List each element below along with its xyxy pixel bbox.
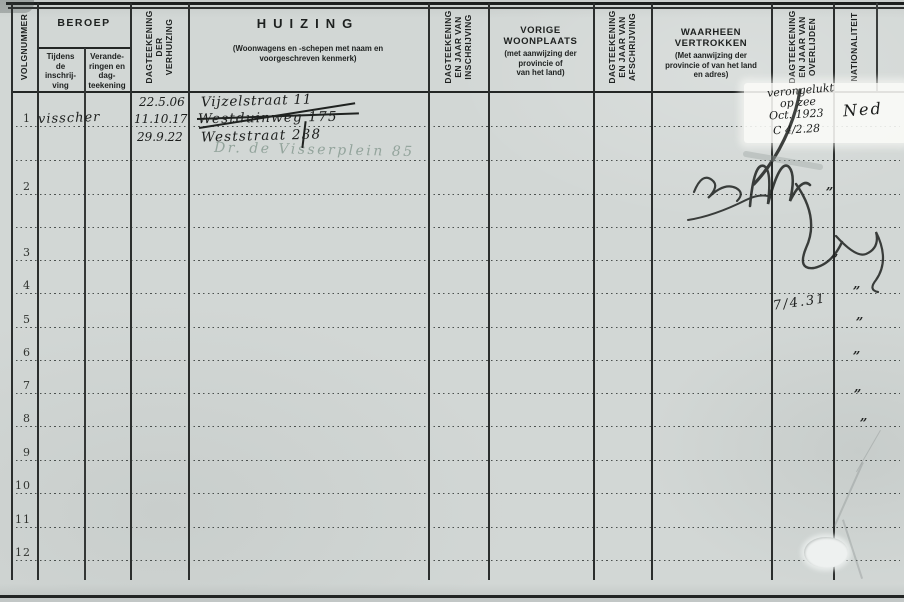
row-dotted-line: [11, 560, 900, 562]
entry-beroep: visscher: [38, 110, 101, 127]
paper-crease: [856, 430, 881, 472]
row-dotted-line: [11, 327, 900, 329]
row-number: 5: [10, 313, 31, 326]
register-scan-page: VOLGNUMMER BEROEP Tijdens de inschrij- v…: [0, 0, 904, 602]
row-number: 12: [10, 546, 31, 559]
column-subheader-huizing: (Woonwagens en -schepen met naam en voor…: [198, 44, 418, 64]
column-header-volgnummer: VOLGNUMMER: [19, 4, 29, 90]
row-number: 10: [10, 479, 31, 492]
entry-verhuizing-date: 11.10.17: [134, 112, 187, 126]
row-dotted-line: [11, 527, 900, 529]
row-number: 8: [10, 412, 31, 425]
column-header-dagteekening-overlijden: DAGTEEKENING EN JAAR VAN OVERLIJDEN: [787, 4, 817, 90]
column-header-vorige-woonplaats: VORIGE WOONPLAATS: [488, 25, 593, 47]
ditto-mark: „: [853, 277, 860, 292]
ditto-mark: „: [831, 245, 838, 260]
row-number: 11: [10, 513, 31, 526]
ditto-mark: „: [854, 380, 861, 395]
row-number: 6: [10, 346, 31, 359]
column-header-nationaliteit: NATIONALITEIT: [849, 4, 859, 90]
column-subheader-vorige-woonplaats: (met aanwijzing der provincie of van het…: [488, 49, 593, 78]
row-number: 3: [10, 246, 31, 259]
ditto-mark: „: [860, 409, 867, 424]
row-dotted-line: [11, 360, 900, 362]
ditto-mark: „: [856, 308, 863, 323]
row-number: 9: [10, 446, 31, 459]
handwritten-scrawl: [668, 84, 900, 300]
row-number: 1: [10, 112, 31, 125]
entry-huizing-address: Vijzelstraat 11: [201, 92, 313, 111]
column-header-dagteekening-afschrijving: DAGTEEKENING EN JAAR VAN AFSCHRIJVING: [607, 4, 637, 90]
entry-huizing-address-pencil: Dr. de Visserplein 85: [214, 140, 415, 160]
entry-verhuizing-date: 22.5.06: [139, 95, 185, 109]
column-subheader-waarheen-vertrokken: (Met aanwijzing der provincie of van het…: [651, 51, 771, 80]
row-dotted-line: [11, 426, 900, 428]
row-number: 2: [10, 180, 31, 193]
column-header-waarheen-vertrokken: WAARHEEN VERTROKKEN: [651, 27, 771, 49]
column-header-dagteekening-inschrijving: DAGTEEKENING EN JAAR VAN INSCHRIJVING: [443, 4, 473, 90]
row-dotted-line: [11, 493, 900, 495]
row-number: 4: [10, 279, 31, 292]
row-number: 7: [10, 379, 31, 392]
column-subheader-veranderingen: Verande- ringen en dag- teekening: [85, 52, 129, 90]
column-header-dagteekening-verhuizing: DAGTEEKENING DER VERHUIZING: [144, 4, 174, 90]
column-subheader-tijdens: Tijdens de inschrij- ving: [38, 52, 83, 90]
column-header-beroep: BEROEP: [37, 17, 131, 29]
column-header-huizing: HUIZING: [188, 16, 428, 31]
ditto-mark: „: [826, 178, 833, 193]
paper-hole-stain: [804, 537, 848, 568]
grid-vline-header-right: [876, 3, 878, 91]
row-dotted-line: [11, 460, 900, 462]
bottom-margin: [0, 598, 904, 602]
row-dotted-line: [11, 393, 900, 395]
ditto-mark: „: [853, 342, 860, 357]
entry-verhuizing-date: 29.9.22: [137, 130, 183, 144]
